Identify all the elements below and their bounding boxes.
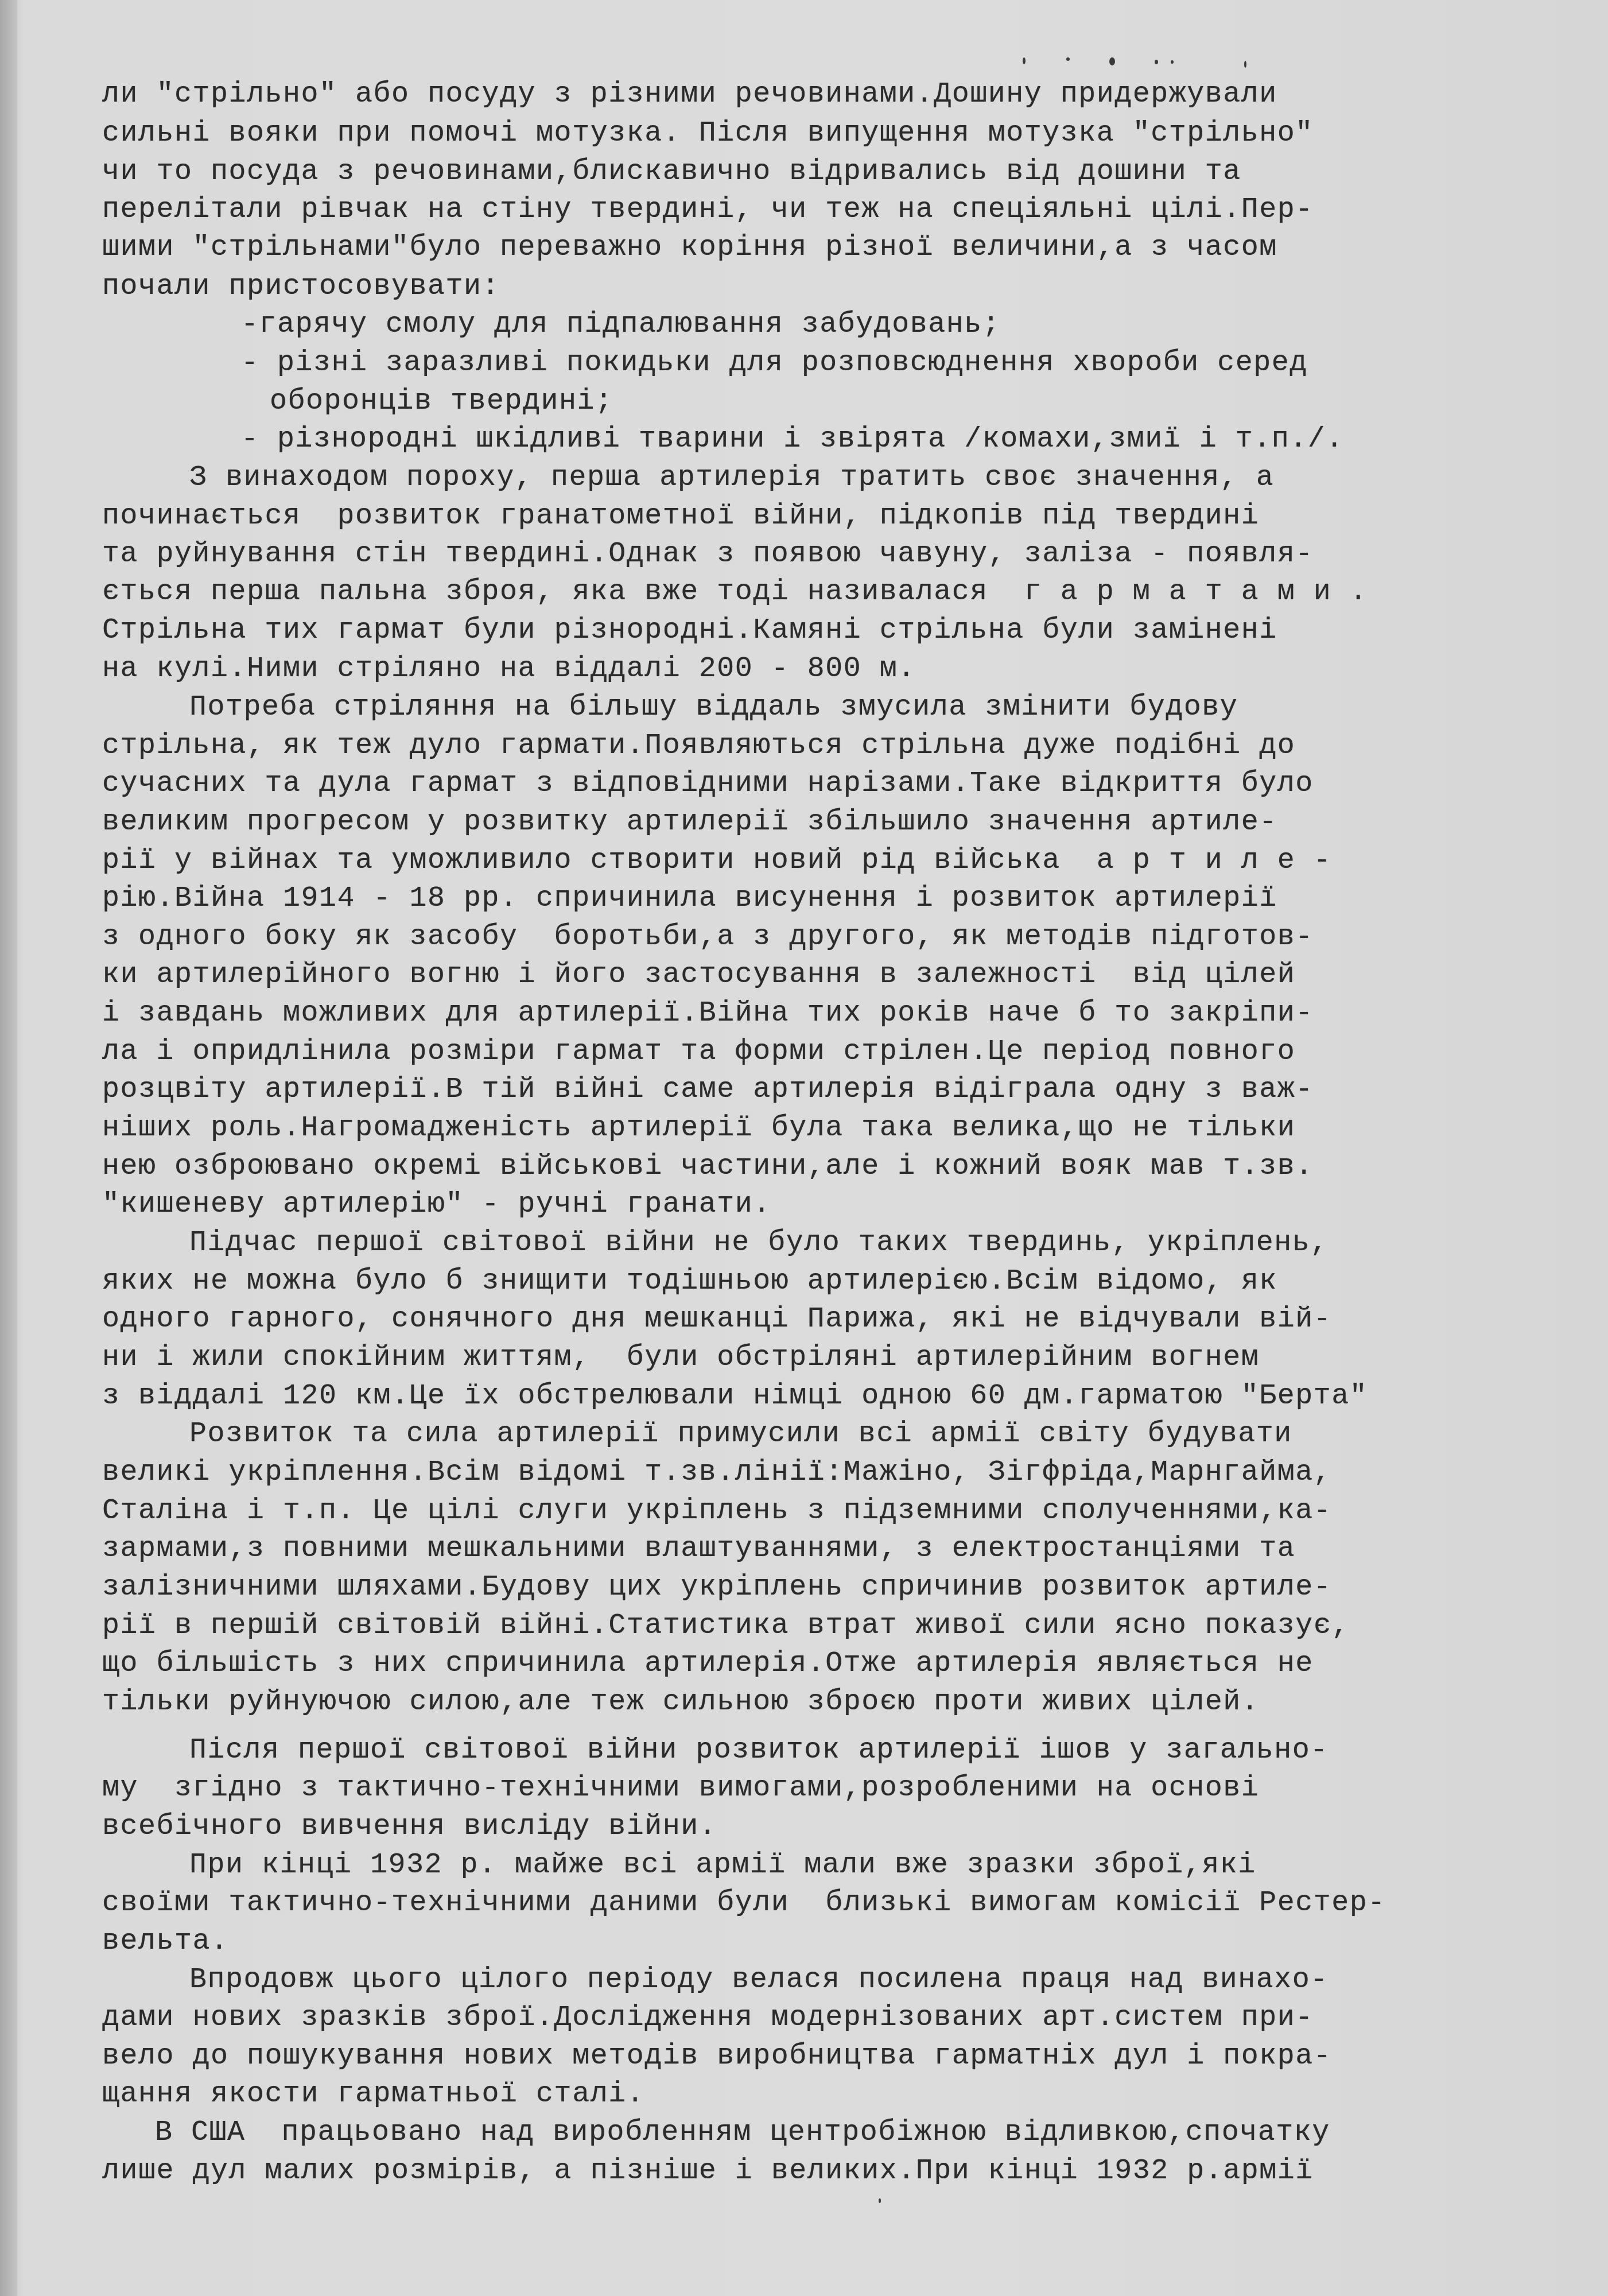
text-line: оборонців твердині; [270, 385, 613, 419]
text-line: рію.Війна 1914 - 18 рр. спричинила висун… [102, 882, 1277, 916]
text-line: дами нових зразків зброї.Дослідження мод… [102, 2001, 1314, 2035]
ink-speck [1066, 57, 1070, 61]
text-line: ніших роль.Нагромадженість артилерії бул… [102, 1111, 1295, 1146]
text-line: лише дул малих розмірів, а пізніше і вел… [102, 2154, 1314, 2189]
ink-speck [1171, 60, 1174, 64]
text-line: При кінці 1932 р. майже всі армії мали в… [189, 1848, 1256, 1883]
typewritten-page: ли "стрільно" або посуду з різними речов… [0, 0, 1608, 2296]
text-line: Впродовж цього цілого періоду велася пос… [189, 1963, 1329, 1998]
text-line: му згідно з тактично-технічними вимогами… [102, 1771, 1259, 1806]
text-line: Розвиток та сила артилерії примусили всі… [189, 1417, 1292, 1452]
text-line: своїми тактично-технічними даними були б… [102, 1886, 1386, 1921]
text-line: на кулі.Ними стріляно на віддалі 200 - 8… [102, 652, 916, 687]
ink-speck [1155, 60, 1158, 64]
text-line: одного гарного, сонячного дня мешканці П… [102, 1302, 1331, 1337]
text-line: залізничними шляхами.Будову цих укріплен… [102, 1570, 1331, 1605]
ink-speck [879, 2198, 881, 2203]
text-line: тільки руйнуючою силою,але теж сильною з… [102, 1685, 1259, 1720]
text-line: В США працьовано над виробленням центроб… [155, 2116, 1330, 2150]
text-line: великим прогресом у розвитку артилерії з… [102, 805, 1277, 840]
text-line: вельта. [102, 1925, 229, 1959]
text-line: що більшість з них спричинила артилерія.… [102, 1647, 1314, 1681]
text-line: ється перша пальна зброя, яка вже тоді н… [102, 575, 1368, 610]
text-line: шими "стрільнами"було переважно коріння … [102, 231, 1277, 265]
text-line: всебічного вивчення висліду війни. [102, 1810, 717, 1844]
ink-speck [1023, 57, 1026, 64]
text-line: чи то посуда з речовинами,блискавично ві… [102, 155, 1241, 189]
text-line: стрільна, як теж дуло гармати.Появляютьс… [102, 729, 1295, 763]
ink-speck [1244, 61, 1246, 68]
text-line: ки артилерійного вогню і його застосуван… [102, 958, 1295, 992]
text-line: сучасних та дула гармат з відповідними н… [102, 767, 1314, 801]
text-line: - різнородні шкідливі тварини і звірята … [241, 422, 1344, 457]
text-line: почали пристосовувати: [102, 270, 500, 304]
text-line: Підчас першої світової війни не було так… [189, 1226, 1329, 1261]
text-line: ли "стрільно" або посуду з різними речов… [102, 77, 1277, 112]
text-line: ла і опридлінила розміри гармат та форми… [102, 1035, 1295, 1069]
text-line: нею озброювано окремі військові частини,… [102, 1150, 1314, 1184]
text-line: рії в першій світовій війні.Статистика в… [102, 1609, 1350, 1643]
text-line: та руйнування стін твердині.Однак з появ… [102, 537, 1314, 572]
text-line: -гарячу смолу для підпалювання забудован… [241, 308, 1000, 342]
text-line: перелітали рівчак на стіну твердині, чи … [102, 193, 1314, 227]
page-edge-shadow [0, 0, 17, 2296]
text-line: починається розвиток гранатометної війни… [102, 499, 1259, 534]
text-line: великі укріплення.Всім відомі т.зв.лінії… [102, 1456, 1331, 1490]
text-line: З винаходом пороху, перша артилерія трат… [189, 461, 1274, 495]
text-line: ни і жили спокійним життям, були обстріл… [102, 1341, 1259, 1375]
text-line: з віддалі 120 км.Це їх обстрелювали німц… [102, 1379, 1368, 1414]
ink-speck [1109, 57, 1115, 65]
text-line: - різні заразливі покидьки для розповсюд… [241, 346, 1308, 381]
text-line: яких не можна було б знищити тодішньою а… [102, 1265, 1277, 1299]
text-line: вело до пошукування нових методів виробн… [102, 2039, 1331, 2074]
text-line: розцвіту артилерії.В тій війні саме арти… [102, 1073, 1314, 1107]
text-line: Стрільна тих гармат були різнородні.Камя… [102, 614, 1277, 648]
text-line: і завдань можливих для артилерії.Війна т… [102, 996, 1314, 1031]
text-line: з одного боку як засобу боротьби,а з дру… [102, 920, 1314, 955]
text-line: зармами,з повними мешкальними влаштуванн… [102, 1532, 1295, 1566]
text-line: Потреба стріляння на більшу віддаль змус… [189, 691, 1238, 725]
text-line: Після першої світової війни розвиток арт… [189, 1733, 1329, 1768]
text-line: Сталіна і т.п. Це цілі слуги укріплень з… [102, 1494, 1331, 1529]
text-line: рії у війнах та уможливило створити нови… [102, 844, 1331, 878]
text-line: "кишеневу артилерію" - ручні гранати. [102, 1188, 771, 1222]
text-line: сильні вояки при помочі мотузка. Після в… [102, 117, 1314, 151]
text-line: щання якости гарматньої сталі. [102, 2077, 644, 2112]
